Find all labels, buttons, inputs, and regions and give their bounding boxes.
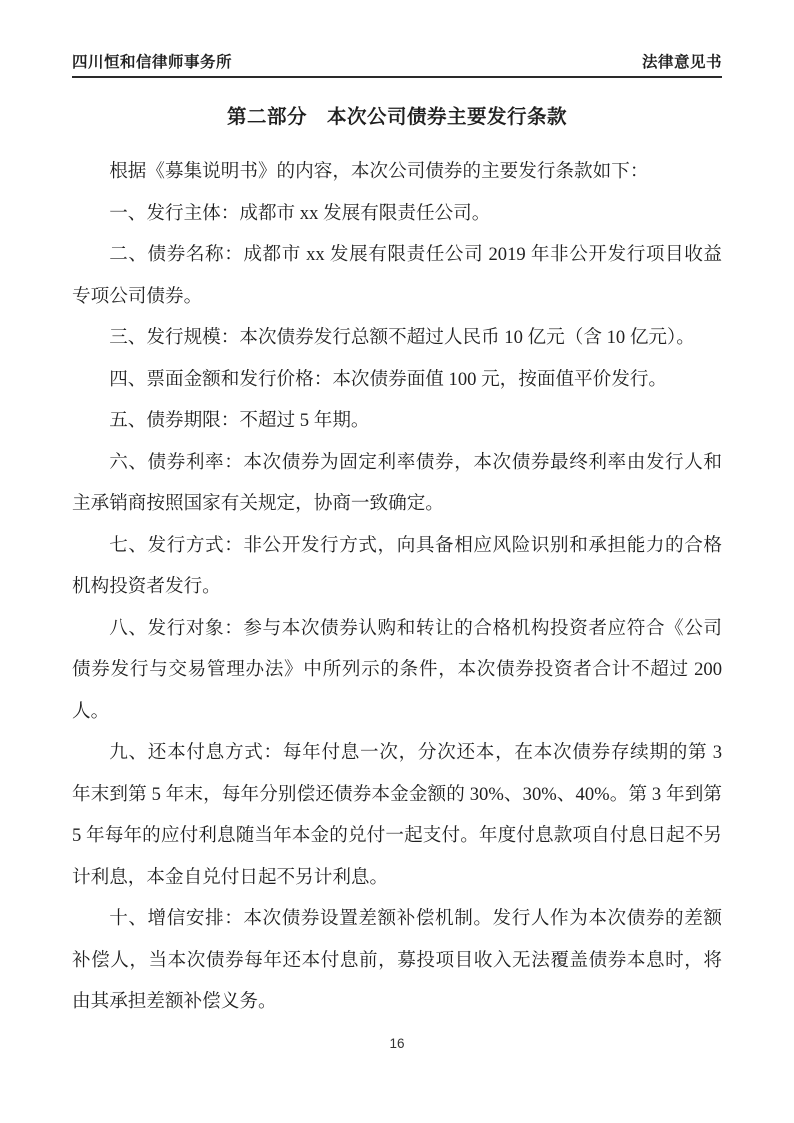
- document-page: 四川恒和信律师事务所 法律意见书 第二部分 本次公司债券主要发行条款 根据《募集…: [0, 0, 794, 1123]
- header-firm-name: 四川恒和信律师事务所: [72, 53, 232, 72]
- clause-bond-name: 二、债券名称：成都市 xx 发展有限责任公司 2019 年非公开发行项目收益专项…: [72, 234, 722, 317]
- clause-issue-targets: 八、发行对象：参与本次债券认购和转让的合格机构投资者应符合《公司债券发行与交易管…: [72, 608, 722, 733]
- clause-issue-method: 七、发行方式：非公开发行方式，向具备相应风险识别和承担能力的合格机构投资者发行。: [72, 525, 722, 608]
- clause-bond-term: 五、债券期限：不超过 5 年期。: [72, 400, 722, 442]
- page-header: 四川恒和信律师事务所 法律意见书: [72, 53, 722, 78]
- document-body: 根据《募集说明书》的内容，本次公司债券的主要发行条款如下： 一、发行主体：成都市…: [72, 151, 722, 1023]
- section-title: 第二部分 本次公司债券主要发行条款: [72, 104, 722, 132]
- clause-repayment-method: 九、还本付息方式：每年付息一次，分次还本，在本次债券存续期的第 3 年末到第 5…: [72, 732, 722, 898]
- clause-interest-rate: 六、债券利率：本次债券为固定利率债券，本次债券最终利率由发行人和主承销商按照国家…: [72, 442, 722, 525]
- clause-issue-scale: 三、发行规模：本次债券发行总额不超过人民币 10 亿元（含 10 亿元）。: [72, 317, 722, 359]
- intro-paragraph: 根据《募集说明书》的内容，本次公司债券的主要发行条款如下：: [72, 151, 722, 193]
- page-footer: 16: [0, 1036, 794, 1051]
- clause-credit-enhancement: 十、增信安排：本次债券设置差额补偿机制。发行人作为本次债券的差额补偿人，当本次债…: [72, 898, 722, 1023]
- page-number: 16: [389, 1036, 404, 1051]
- header-doc-type: 法律意见书: [642, 53, 722, 72]
- clause-face-value-price: 四、票面金额和发行价格：本次债券面值 100 元，按面值平价发行。: [72, 359, 722, 401]
- clause-issuer: 一、发行主体：成都市 xx 发展有限责任公司。: [72, 193, 722, 235]
